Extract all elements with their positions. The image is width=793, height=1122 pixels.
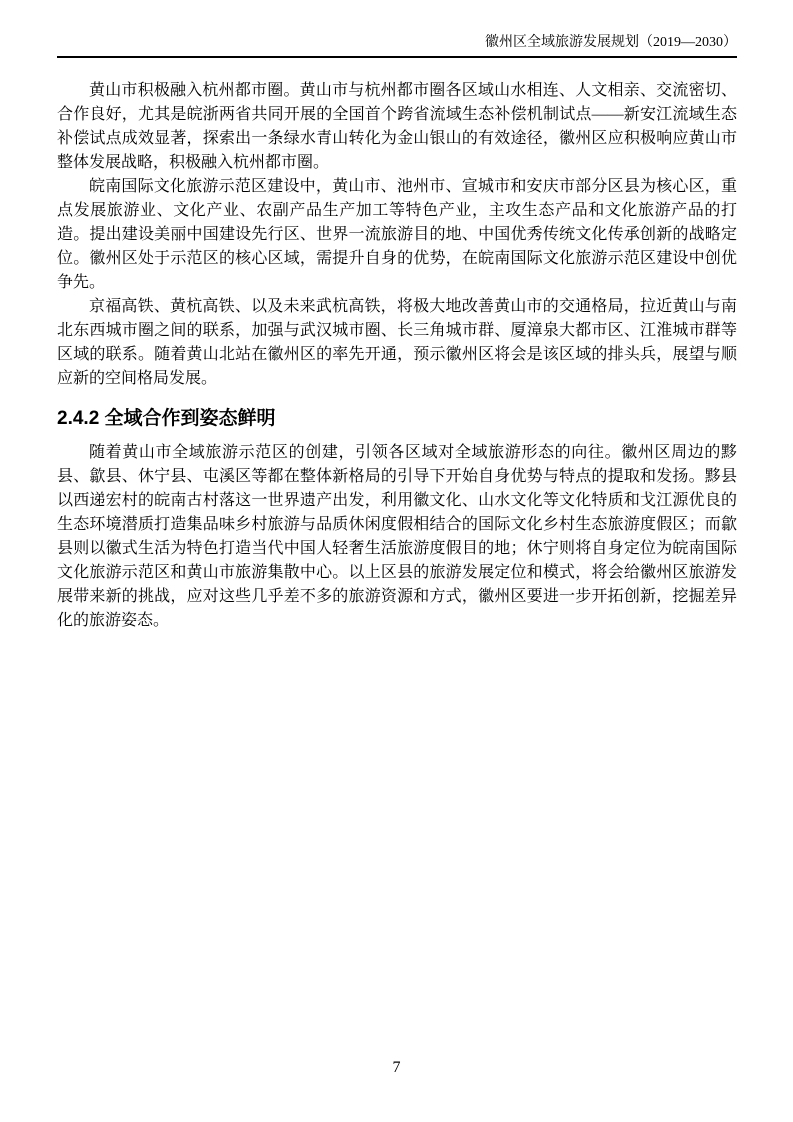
section-heading: 2.4.2 全域合作到姿态鲜明 xyxy=(57,406,737,431)
page-header: 徽州区全域旅游发展规划（2019—2030） xyxy=(57,0,737,58)
body-paragraph: 随着黄山市全域旅游示范区的创建，引领各区域对全域旅游形态的向往。徽州区周边的黟县… xyxy=(57,441,737,633)
header-title: 徽州区全域旅游发展规划（2019—2030） xyxy=(485,35,737,50)
body-paragraph: 皖南国际文化旅游示范区建设中，黄山市、池州市、宣城市和安庆市部分区县为核心区，重… xyxy=(57,175,737,295)
page-body: 黄山市积极融入杭州都市圈。黄山市与杭州都市圈各区域山水相连、人文相亲、交流密切、… xyxy=(57,58,737,633)
body-paragraph: 京福高铁、黄杭高铁、以及未来武杭高铁，将极大地改善黄山市的交通格局，拉近黄山与南… xyxy=(57,295,737,391)
body-paragraph: 黄山市积极融入杭州都市圈。黄山市与杭州都市圈各区域山水相连、人文相亲、交流密切、… xyxy=(57,79,737,175)
page-footer: 7 xyxy=(0,1058,793,1078)
page-number: 7 xyxy=(393,1059,401,1076)
document-page: 徽州区全域旅游发展规划（2019—2030） 黄山市积极融入杭州都市圈。黄山市与… xyxy=(0,0,793,1122)
